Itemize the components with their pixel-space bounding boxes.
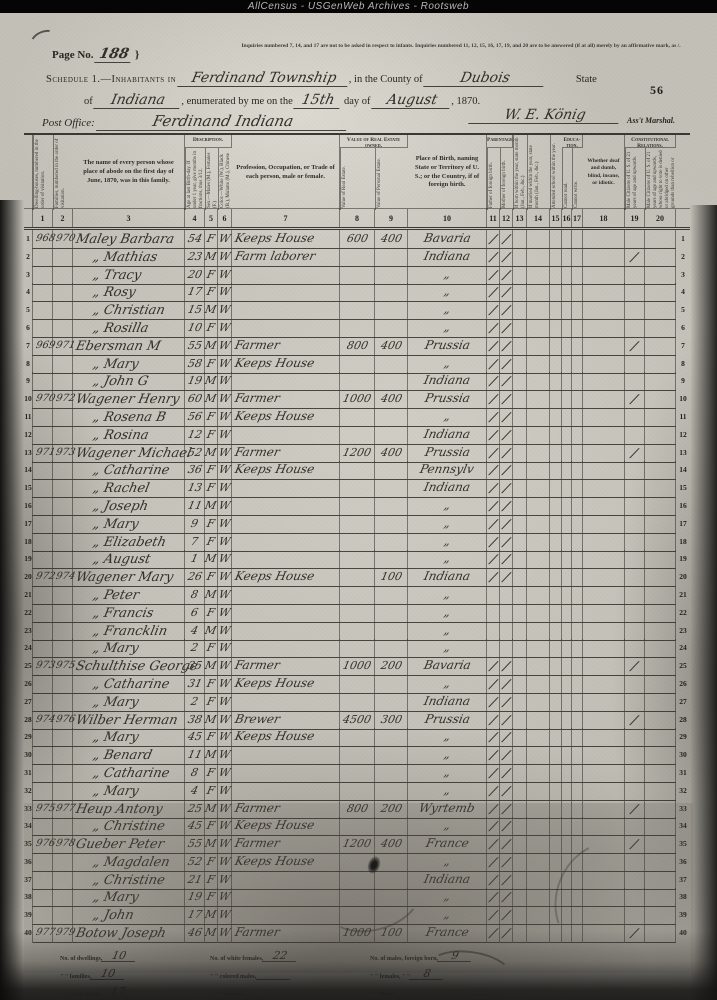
occupation-text: Farm laborer [233,248,317,265]
mother-foreign-tick: / [500,568,513,587]
sex: M [205,586,218,605]
deaf-dumb-cell [583,782,625,801]
birthplace: „ [408,764,487,783]
person-name: „ Mary [73,888,185,907]
footer-line: " " white males,17" " " females," " blin… [60,980,660,998]
real-estate-value [340,604,375,623]
column-number: 9 [375,209,408,227]
sex: F [205,817,218,836]
row-number-right: 22 [676,604,690,623]
mother-foreign-tick-text: / [500,676,512,693]
footer-total-value [256,979,290,980]
occupation: Farmer [232,924,340,943]
married-month-cell [527,461,550,480]
birthplace: Bavaria [408,230,487,249]
real-estate-value [340,497,375,516]
color: W [218,550,232,569]
footer-total-value [394,997,428,998]
father-foreign-tick: / [487,266,500,285]
color: W [218,764,232,783]
sex: M [205,746,218,765]
sex: M [205,711,218,730]
cannot-read-cell [562,230,572,249]
age-text: 11 [186,497,204,514]
color: W [218,497,232,516]
mother-foreign-tick-text: / [500,747,512,764]
family-number-text: 974 [54,568,77,585]
color-text: W [217,426,232,443]
deaf-dumb-cell [583,372,625,391]
age: 17 [185,283,205,302]
deaf-dumb-cell [583,515,625,534]
sex: F [205,355,218,374]
dwelling-number: 973 [33,657,53,676]
person-name-text: Schulthise George [74,658,199,675]
birthplace: Indiana [408,372,487,391]
table-row: 16„ Joseph11MW„//16 [24,497,690,515]
birthplace-text: „ [442,906,452,923]
birthplace-text: „ [442,266,452,283]
mother-foreign-tick-text: / [500,872,512,889]
birthplace-text: Wyrtemb [417,800,476,817]
personal-estate-value [375,319,408,338]
occupation: Keeps House [232,728,340,747]
table-row: 4„ Rosy17FW„//4 [24,283,690,301]
family-number-text: 973 [54,444,77,461]
male-citizen-tick [625,568,645,587]
birthplace-text: „ [442,782,452,799]
age: 19 [185,372,205,391]
row-number-left: 7 [24,337,33,356]
male-citizen-tick: / [625,711,645,730]
person-name-text: „ Christine [91,818,166,835]
cannot-read-cell [562,924,572,943]
father-foreign-tick-text: / [487,445,499,462]
personal-estate-value [375,372,408,391]
color-text: W [217,248,232,265]
deaf-dumb-cell [583,497,625,516]
row-number-left: 6 [24,319,33,338]
occupation [232,586,340,605]
birthplace-text: Indiana [422,568,472,585]
age-text: 13 [186,479,204,496]
family-number [53,906,73,925]
personal-estate-value-text: 400 [379,835,404,852]
attended-school-cell [550,871,562,890]
vote-denied-cell [645,283,676,302]
sex: M [205,497,218,516]
person-name-text: „ Francklin [91,623,169,640]
personal-estate-value: 400 [375,835,408,854]
birthplace: „ [408,782,487,801]
mother-foreign-tick-text: / [500,462,512,479]
footer-total: " " females, " "8 [370,968,580,980]
numrow-margin-left [24,209,33,227]
birth-month-cell [513,283,527,302]
color: W [218,266,232,285]
occupation [232,283,340,302]
birthplace-text: „ [442,319,452,336]
mother-foreign-tick: / [500,355,513,374]
cannot-write-cell [572,800,583,819]
color-text: W [217,888,232,905]
real-estate-value: 1200 [340,444,375,463]
father-foreign-tick: / [487,568,500,587]
vote-denied-cell [645,764,676,783]
attended-school-cell [550,515,562,534]
sex-text: M [204,444,219,461]
birthplace: „ [408,497,487,516]
birthplace-text: „ [442,853,452,870]
personal-estate-value [375,817,408,836]
column-header-c19: Male Citizens of U. S. of 21 years of ag… [625,148,645,210]
birthplace-text: „ [442,639,452,656]
birthplace: Prussia [408,390,487,409]
dwelling-number [33,622,53,641]
age-text: 19 [186,372,204,389]
family-number [53,871,73,890]
birthplace-text: „ [442,604,452,621]
table-row: 10970972Wagener Henry60MWFarmer1000400Pr… [24,390,690,408]
table-row: 40977979Botow Joseph46MWFarmer1000100Fra… [24,924,690,942]
dwelling-number-text: 976 [34,835,57,852]
male-citizen-tick [625,319,645,338]
table-row: 22„ Francis6FW„22 [24,604,690,622]
birth-month-cell [513,604,527,623]
deaf-dumb-cell [583,835,625,854]
real-estate-value-text: 1000 [341,657,373,674]
row-number-left: 34 [24,817,33,836]
table-row: 2„ Mathias23MWFarm laborerIndiana///2 [24,248,690,266]
column-number: 12 [500,209,513,227]
father-foreign-tick: / [487,764,500,783]
attended-school-cell [550,657,562,676]
dwelling-number [33,906,53,925]
mother-foreign-tick-text: / [500,551,512,568]
column-number: 16 [562,209,572,227]
married-month-cell [527,853,550,872]
birth-month-cell [513,515,527,534]
sex-text: F [205,693,216,710]
male-citizen-tick [625,497,645,516]
row-number-right: 8 [676,355,690,374]
mother-foreign-tick: / [500,248,513,267]
father-foreign-tick: / [487,871,500,890]
table-row: 13971973Wagener Michael52MWFarmer1200400… [24,444,690,462]
cannot-write-cell [572,693,583,712]
father-foreign-tick: / [487,800,500,819]
row-number-left: 40 [24,924,33,943]
birthplace-text: „ [442,533,452,550]
birthplace-text: „ [442,746,452,763]
table-row: 12„ Rosina12FWIndiana//12 [24,426,690,444]
table-row: 36„ Magdalen52FWKeeps House„//36 [24,853,690,871]
birthplace: „ [408,728,487,747]
table-row: 3„ Tracy20FW„//3 [24,266,690,284]
father-foreign-tick-text: / [487,694,499,711]
mother-foreign-tick: / [500,515,513,534]
person-name: „ Mary [73,355,185,374]
father-foreign-tick-text: / [487,516,499,533]
cannot-read-cell [562,782,572,801]
person-name-text: „ Catharine [91,765,171,782]
sex: F [205,604,218,623]
vote-denied-cell [645,675,676,694]
signature-text: W. E. König [468,107,622,124]
personal-estate-value [375,533,408,552]
row-number-right: 26 [676,675,690,694]
occupation [232,497,340,516]
group-header-value_estate: Value of Real Estate owned. [340,135,408,148]
row-number-right: 9 [676,372,690,391]
male-citizen-tick [625,622,645,641]
dwelling-number [33,604,53,623]
color: W [218,444,232,463]
cannot-write-cell [572,835,583,854]
father-foreign-tick: / [487,408,500,427]
column-header-c10: Place of Birth, naming State or Territor… [408,135,487,210]
mother-foreign-tick-text: / [500,783,512,800]
mother-foreign-tick-text: / [500,694,512,711]
person-name-text: „ Elizabeth [91,534,168,551]
real-estate-value [340,479,375,498]
male-citizen-tick [625,871,645,890]
row-number-right: 6 [676,319,690,338]
occupation-text: Farmer [233,835,281,852]
personal-estate-value: 300 [375,711,408,730]
real-estate-value [340,728,375,747]
cannot-write-cell [572,372,583,391]
father-foreign-tick: / [487,817,500,836]
sex: M [205,390,218,409]
real-estate-value [340,817,375,836]
cannot-write-cell [572,604,583,623]
table-row: 39„ John17MW„//39 [24,906,690,924]
color: W [218,533,232,552]
occupation: Farm laborer [232,248,340,267]
footer-total-label: No. of white females, [210,956,263,962]
column-header-c2: Families, numbered in the order of visit… [53,135,73,210]
dwelling-number: 977 [33,924,53,943]
row-number-right: 21 [676,586,690,605]
father-foreign-tick: / [487,888,500,907]
person-name-text: „ Benard [91,747,153,764]
father-foreign-tick: / [487,515,500,534]
father-foreign-tick: / [487,230,500,249]
cannot-write-cell [572,764,583,783]
sex-text: M [204,550,219,567]
row-number-left: 26 [24,675,33,694]
footer-total: " " families,10 [60,968,210,980]
personal-estate-value-text: 100 [379,924,404,941]
real-estate-value: 1200 [340,835,375,854]
sex: F [205,675,218,694]
occupation [232,639,340,658]
vote-denied-cell [645,782,676,801]
attended-school-cell [550,568,562,587]
deaf-dumb-cell [583,604,625,623]
color: W [218,800,232,819]
table-row: 21„ Peter8MW„21 [24,586,690,604]
personal-estate-value [375,301,408,320]
real-estate-value [340,586,375,605]
numrow-margin-right [676,209,690,227]
male-citizen-tick [625,230,645,249]
dwelling-number [33,355,53,374]
sex-text: M [204,657,219,674]
color-text: W [217,337,232,354]
family-number [53,497,73,516]
deaf-dumb-cell [583,355,625,374]
age: 45 [185,817,205,836]
birthplace-text: Prussia [423,711,471,728]
color-text: W [217,782,232,799]
birthplace-text: Indiana [422,871,472,888]
deaf-dumb-cell [583,461,625,480]
family-number [53,533,73,552]
sex-text: M [204,711,219,728]
column-header-c15: Attended school within the year. [550,135,562,210]
color: W [218,301,232,320]
birthplace-text: „ [442,817,452,834]
cannot-write-cell [572,444,583,463]
post-office-label: Post Office: [42,117,95,129]
birthplace-text: „ [442,408,452,425]
column-header-c20: Male Citizens of U. S. of 21 years of ag… [645,148,676,210]
mother-foreign-tick: / [500,337,513,356]
mother-foreign-tick: / [500,266,513,285]
sex-text: M [204,800,219,817]
occupation-text: Keeps House [233,568,316,585]
male-citizen-tick [625,853,645,872]
mother-foreign-tick-text: / [500,427,512,444]
real-estate-value [340,888,375,907]
birthplace: „ [408,639,487,658]
color: W [218,817,232,836]
column-header-c11: Father of foreign birth. [487,148,500,210]
cannot-read-cell [562,906,572,925]
row-number-left: 28 [24,711,33,730]
sex: M [205,906,218,925]
sex-text: M [204,248,219,265]
personal-estate-value [375,266,408,285]
cannot-read-cell [562,461,572,480]
age-text: 38 [186,711,204,728]
row-number-left: 38 [24,888,33,907]
father-foreign-tick-text: / [487,836,499,853]
mother-foreign-tick-text: / [500,854,512,871]
birthplace-text: Indiana [422,372,472,389]
row-number-right: 15 [676,479,690,498]
dwelling-number-text: 974 [34,711,57,728]
state-label: State [576,74,597,85]
deaf-dumb-cell [583,266,625,285]
sex: M [205,550,218,569]
instructions-line2: merely by an affirmative mark, as /. [596,43,680,49]
occupation: Keeps House [232,461,340,480]
table-row: 20972974Wagener Mary26FWKeeps House100In… [24,568,690,586]
cannot-write-cell [572,568,583,587]
state-value: Indiana [94,92,184,109]
row-number-left: 9 [24,372,33,391]
mother-foreign-tick: / [500,230,513,249]
person-name: „ August [73,550,185,569]
real-estate-value-text: 1000 [341,924,373,941]
birth-month-cell [513,479,527,498]
mother-foreign-tick-text: / [500,765,512,782]
color-text: W [217,853,232,870]
vote-denied-cell [645,604,676,623]
attended-school-cell [550,390,562,409]
column-number: 5 [205,209,218,227]
age: 17 [185,906,205,925]
cannot-read-cell [562,444,572,463]
table-row: 35976978Gueber Peter55MWFarmer1200400Fra… [24,835,690,853]
occupation: Keeps House [232,408,340,427]
mother-foreign-tick: / [500,283,513,302]
color: W [218,248,232,267]
sex: F [205,283,218,302]
occupation [232,372,340,391]
father-foreign-tick-text: / [487,302,499,319]
real-estate-value [340,515,375,534]
married-month-cell [527,372,550,391]
sex: M [205,372,218,391]
age-text: 52 [186,444,204,461]
form-instructions: Inquiries numbered 7, 14, and 17 are not… [222,42,700,50]
color: W [218,835,232,854]
occupation-text: Keeps House [233,355,316,372]
cannot-read-cell [562,337,572,356]
table-row: 8„ Mary58FWKeeps House„//8 [24,355,690,373]
table-row: 26„ Catharine31FWKeeps House„//26 [24,675,690,693]
deaf-dumb-cell [583,319,625,338]
age: 26 [185,568,205,587]
occupation-text: Keeps House [233,408,316,425]
color: W [218,408,232,427]
age-text: 46 [186,924,204,941]
birthplace: „ [408,622,487,641]
birth-month-cell [513,568,527,587]
age-text: 25 [186,800,204,817]
family-number [53,266,73,285]
birthplace: „ [408,515,487,534]
person-name: „ Mathias [73,248,185,267]
sex-text: M [204,746,219,763]
row-number-right: 13 [676,444,690,463]
dwelling-number [33,497,53,516]
family-number: 972 [53,390,73,409]
married-month-cell [527,604,550,623]
mother-foreign-tick: / [500,728,513,747]
cannot-write-cell [572,782,583,801]
sex: F [205,266,218,285]
birth-month-cell [513,711,527,730]
deaf-dumb-cell [583,550,625,569]
table-row: 19„ August1MW„//19 [24,550,690,568]
real-estate-value-text: 1000 [341,390,373,407]
mother-foreign-tick-text: / [500,356,512,373]
father-foreign-tick-text: / [487,907,499,924]
personal-estate-value [375,248,408,267]
personal-estate-value [375,782,408,801]
county-label: , in the County of [349,74,423,85]
footer-total-value: 8 [409,968,446,980]
dwelling-number-text: 968 [34,230,57,247]
family-number [53,248,73,267]
row-number-right: 36 [676,853,690,872]
mother-foreign-tick-text: / [500,338,512,355]
